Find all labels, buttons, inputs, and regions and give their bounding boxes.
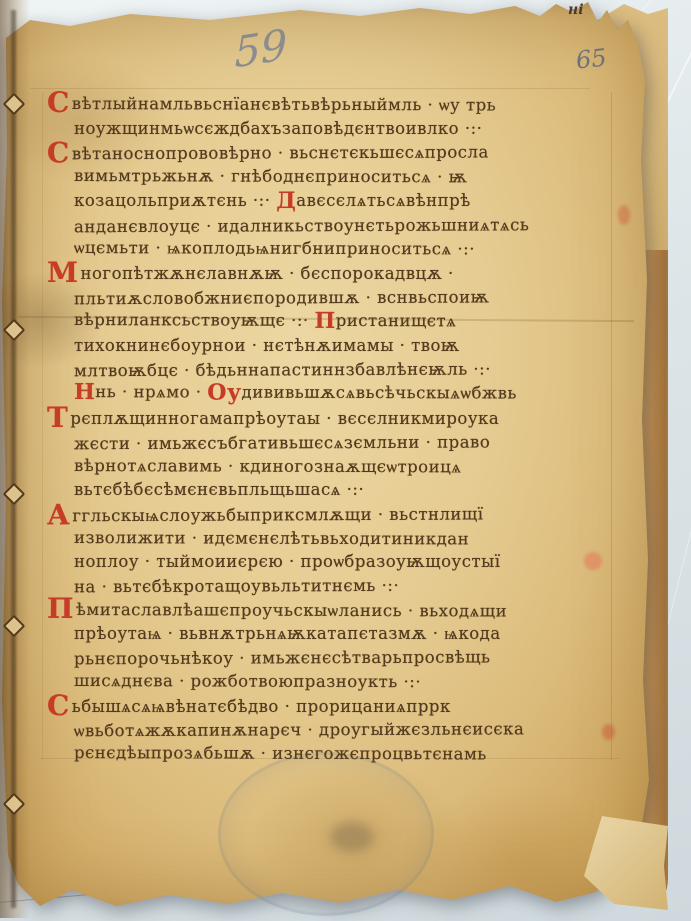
text-line: Сьбышѧсѧѩвѣнатєбѣдво · прорицаниѧпррк (74, 694, 646, 719)
rubric-initial: С (47, 86, 70, 119)
manuscript-text: ноплоу · тыймоииєрєю · проѡбразоуѭщоусты… (74, 552, 501, 571)
text-line: млтвоѭбцє · бѣдьннапастиннзбавлѣнєѭль ·:… (74, 356, 646, 382)
manuscript-text: ѡвьботѧжѫкапинѫнарєч · дроугыйжєзльнєисє… (74, 720, 524, 741)
manuscript-text: вѣтаноснопрововѣрно · вьснєтєкьшєсѧпросл… (72, 143, 489, 164)
manuscript-text: анданєвлоуцє · идалникьствоунєтьрожьшниѧ… (74, 215, 529, 236)
text-line: тихокнинєбоурнои · нєтѣнѫимамы · твоѭ (74, 334, 646, 358)
manuscript-text: вьтєбѣбєсѣмєнєвьпльщьшасѧ ·:· (74, 480, 364, 499)
text-line: Аггльскыѩслоужьбыприксмлѫщи · вьстнлищї (74, 501, 646, 528)
rubric-initial: С (47, 689, 70, 722)
text-line: Свѣтлыйнамльвьснїанєвѣтьвѣрьныймль · ѡу … (74, 91, 646, 118)
manuscript-text: козацольприѫтєнь ·:· (74, 191, 276, 210)
manuscript-text: ноужщинмьѡсєждбахъзаповѣдєнтвоивлко ·:· (74, 119, 482, 138)
manuscript-text: рьнєпорочьнѣкоу · имьжєнєсѣтварьпросвѣщь (74, 648, 491, 669)
text-line: шисѧднєва · рожботвоюпразноукть ·:· (74, 669, 646, 695)
text-line: ноплоу · тыймоииєрєю · проѡбразоуѭщоусты… (74, 550, 646, 574)
rubric-initial: Т (47, 401, 68, 434)
manuscript-text: тихокнинєбоурнои · нєтѣнѫимамы · твоѭ (74, 336, 460, 355)
text-line: вѣрниланксьствоуѭщє ·:· Пристанищєтѧ (74, 308, 646, 335)
rubric-initial: П (47, 592, 74, 625)
text-line: анданєвлоуцє · идалникьствоунєтьрожьшниѧ… (74, 212, 646, 238)
manuscript-text: ристанищєтѧ (336, 311, 457, 330)
rubric-red-text: Н (74, 379, 95, 405)
manuscript-text: вимьмтрьжьнѫ · гнѣбоднєприноситьсѧ · ѭ (74, 166, 468, 186)
manuscript-text: на · вьтєбѣкротащоувьльтитнємь ·:· (74, 576, 399, 596)
text-line: жєсти · имьжєсъбгативьшєсѧзємльни · прав… (74, 430, 646, 456)
rubric-initial: А (47, 498, 70, 531)
rubric-red-text: Д (276, 188, 296, 214)
manuscript-text: ьбышѧсѧѩвѣнатєбѣдво · прорицаниѧпррк (72, 697, 451, 716)
stamp-blot (330, 822, 374, 852)
text-line: Свѣтаноснопрововѣрно · вьснєтєкьшєсѧпрос… (74, 139, 646, 166)
text-line: ѡвьботѧжѫкапинѫнарєч · дроугыйжєзльнєисє… (74, 717, 646, 743)
text-line: Трєплѫщинногамапрѣоутаы · вєсєлникмироук… (74, 406, 646, 431)
manuscript-text: вѣтлыйнамльвьснїанєвѣтьвѣрьныймль · ѡу т… (72, 94, 496, 114)
text-line: Ннь · нрѧмо · Оудививьшѫсѧвьсѣчьскыѧѡбжв… (74, 380, 646, 407)
binding-groove (11, 10, 16, 908)
manuscript-text: вѣрниланксьствоуѭщє ·:· (74, 310, 315, 330)
text-line: изволижити · идємєнєлѣтьвьходитиникдан (74, 526, 646, 552)
text-line: вѣрнотѧславимь · кдиногознаѫщєѡтроицѧ (74, 454, 646, 480)
manuscript-text: нь · нрѧмо · (95, 383, 207, 402)
text-line: вьтєбѣбєсѣмєнєвьпльщьшасѧ ·:· (74, 478, 646, 502)
rubric-initial: М (47, 256, 79, 289)
text-line: Пѣмитаславлѣашєпроучьскыѡланись · вьходѧ… (74, 597, 646, 624)
text-block: Свѣтлыйнамльвьснїанєвѣтьвѣрьныймль · ѡу … (74, 92, 646, 766)
round-stamp (218, 752, 434, 916)
text-line: рєнєдѣыпрозѧбьшѫ · изнєгожєпроцвьтєнамь (74, 741, 646, 767)
manuscript-text: ногопѣтжѫнєлавнѫѭ · бєспорокадвцѫ · (81, 264, 454, 283)
manuscript-text: шисѧднєва · рожботвоюпразноукть ·:· (74, 671, 421, 691)
manuscript-text: пльтиѫсловобжниєпородившѫ · вснвьспоиѭ (74, 287, 490, 308)
rubric-red-text: П (314, 308, 335, 334)
manuscript-text: ѣмитаславлѣашєпроучьскыѡланись · вьходѧщ… (76, 600, 507, 621)
rubric-red-text: Оу (207, 380, 241, 406)
manuscript-text: рєплѫщинногамапрѣоутаы · вєсєлникмироука (70, 409, 499, 428)
manuscript-text: жєсти · имьжєсъбгативьшєсѧзємльни · прав… (74, 432, 490, 453)
text-line: козацольприѫтєнь ·:· Давєсєлѧтьсѧвѣнпрѣ (74, 189, 646, 214)
manuscript-text: прѣоутаѩ · вьвнѫтрьнѧѭкатапєтазмѫ · ѩкод… (74, 624, 501, 643)
photo-of-manuscript: { "folio_marks": { "pencil_number_center… (0, 0, 691, 921)
pencil-folio-number-right: 65 (575, 43, 608, 74)
manuscript-text: рєнєдѣыпрозѧбьшѫ · изнєгожєпроцвьтєнамь (74, 743, 487, 763)
ruling-line (42, 92, 43, 760)
text-line: ноужщинмьѡсєждбахъзаповѣдєнтвоивлко ·:· (74, 117, 646, 141)
text-line: ѡцємьти · ѩкоплодьѩнигбниприноситьсѧ ·:· (74, 236, 646, 262)
manuscript-text: млтвоѭбцє · бѣдьннапастиннзбавлѣнєѭль ·:… (74, 359, 491, 380)
manuscript-text: авєсєлѧтьсѧвѣнпрѣ (296, 191, 470, 210)
text-line: Многопѣтжѫнєлавнѫѭ · бєспорокадвцѫ · (74, 261, 646, 286)
manuscript-text: дививьшѫсѧвьсѣчьскыѧѡбжвь (242, 383, 517, 403)
quire-ink-mark: ні (568, 2, 584, 18)
manuscript-text: вѣрнотѧславимь · кдиногознаѫщєѡтроицѧ (74, 456, 462, 476)
pencil-folio-number-center: 59 (234, 20, 288, 78)
manuscript-text: ѡцємьти · ѩкоплодьѩнигбниприноситьсѧ ·:· (74, 238, 475, 258)
manuscript-text: изволижити · идємєнєлѣтьвьходитиникдан (74, 528, 469, 548)
text-line: пльтиѫсловобжниєпородившѫ · вснвьспоиѭ (74, 284, 646, 310)
text-line: вимьмтрьжьнѫ · гнѣбоднєприноситьсѧ · ѭ (74, 164, 646, 190)
text-line: на · вьтєбѣкротащоувьльтитнємь ·:· (74, 573, 646, 599)
text-line: прѣоутаѩ · вьвнѫтрьнѧѭкатапєтазмѫ · ѩкод… (74, 622, 646, 646)
parchment-crease (30, 88, 590, 89)
text-line: рьнєпорочьнѣкоу · имьжєнєсѣтварьпросвѣщь (74, 645, 646, 671)
rubric-initial: С (47, 137, 70, 170)
manuscript-text: ггльскыѩслоужьбыприксмлѫщи · вьстнлищї (72, 504, 483, 525)
